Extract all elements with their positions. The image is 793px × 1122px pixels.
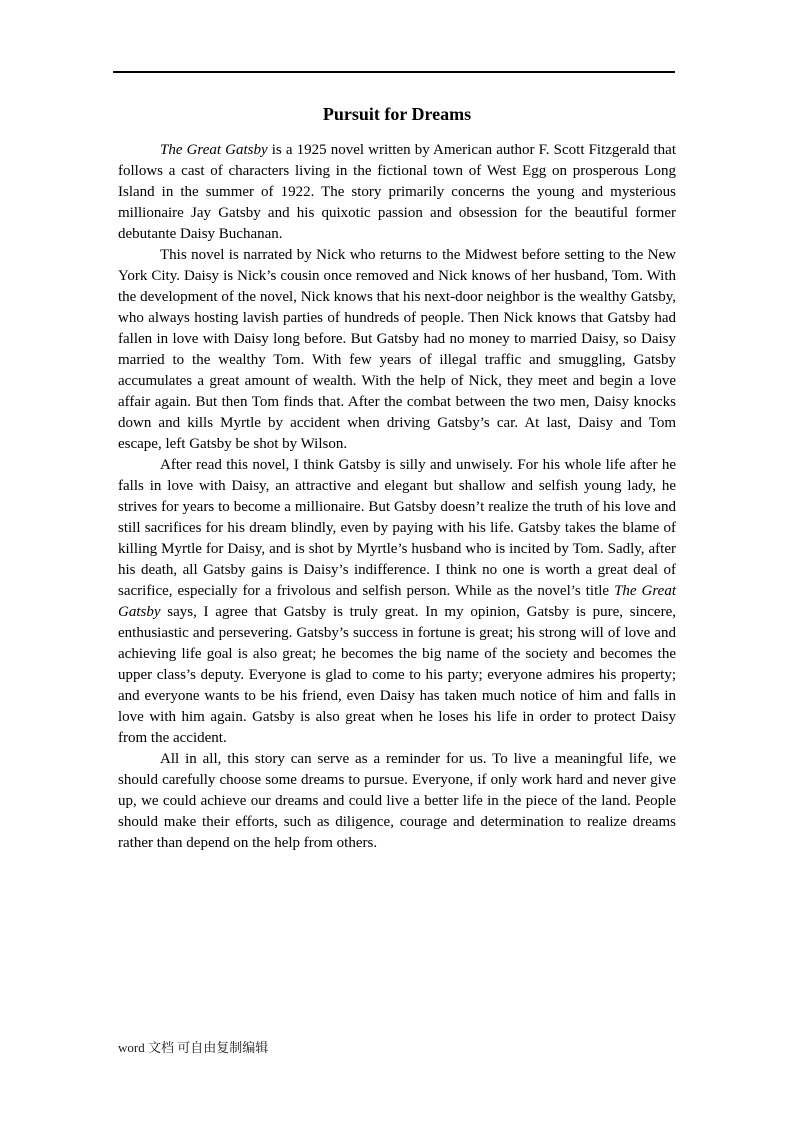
text-segment: All in all, this story can serve as a re… <box>118 751 676 851</box>
paragraph: This novel is narrated by Nick who retur… <box>118 245 676 455</box>
paragraph: All in all, this story can serve as a re… <box>118 749 676 854</box>
document-body: The Great Gatsby is a 1925 novel written… <box>118 140 676 854</box>
text-segment: After read this novel, I think Gatsby is… <box>118 457 676 599</box>
document-title: Pursuit for Dreams <box>118 102 676 126</box>
text-segment: This novel is narrated by Nick who retur… <box>118 247 676 452</box>
text-segment: The Great Gatsby <box>160 142 268 158</box>
footer-watermark: word 文档 可自由复制编辑 <box>118 1039 268 1056</box>
paragraph: After read this novel, I think Gatsby is… <box>118 455 676 749</box>
paragraph: The Great Gatsby is a 1925 novel written… <box>118 140 676 245</box>
text-segment: says, I agree that Gatsby is truly great… <box>118 604 676 746</box>
header-rule <box>113 71 675 73</box>
document-page: Pursuit for Dreams The Great Gatsby is a… <box>0 0 793 1122</box>
